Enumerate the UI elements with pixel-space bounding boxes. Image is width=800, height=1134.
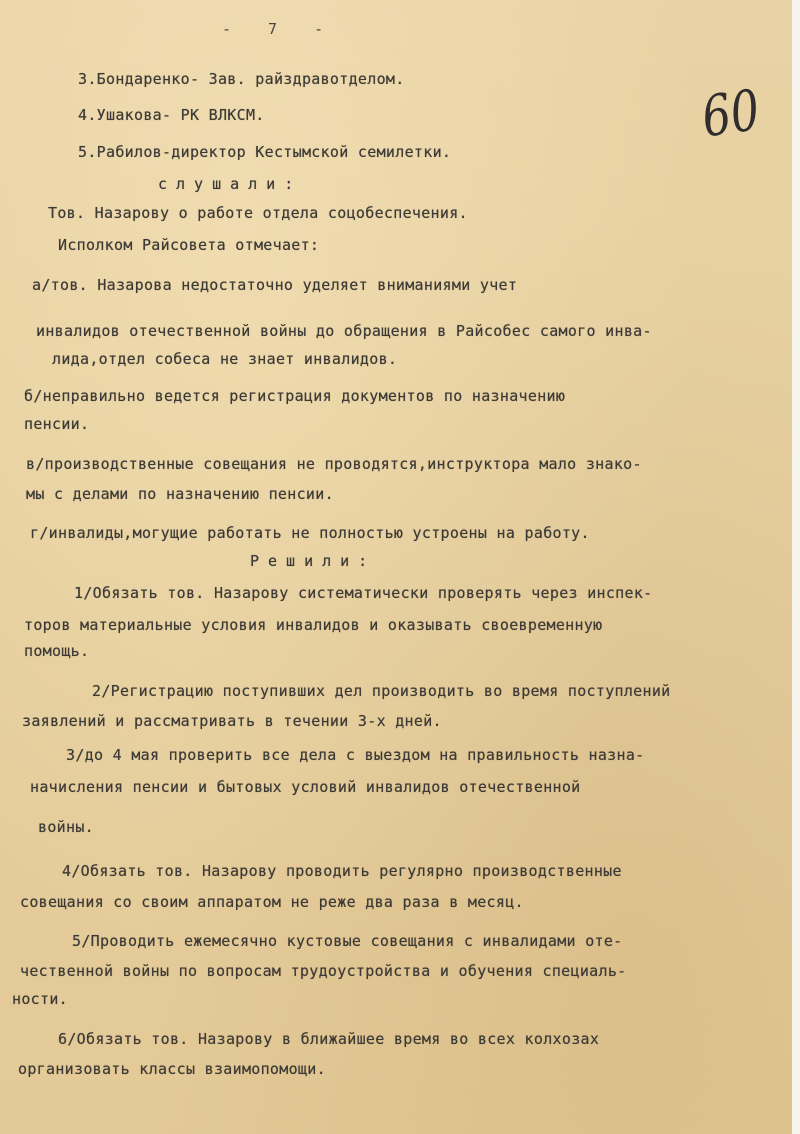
attendee-line: 3.Бондаренко- Зав. райздравотделом. [78, 70, 405, 88]
heard-text: Тов. Назарову о работе отдела соцобеспеч… [48, 204, 468, 222]
page-number: - 7 - [222, 20, 337, 38]
decision-line: чественной войны по вопросам трудоустрой… [20, 962, 627, 980]
finding-line: пенсии. [24, 415, 89, 433]
decided-heading: Решили: [250, 552, 376, 570]
decision-line: совещания со своим аппаратом не реже два… [20, 893, 524, 911]
decision-line: 1/Обязать тов. Назарову систематически п… [74, 584, 653, 602]
finding-line: в/производственные совещания не проводят… [26, 455, 642, 473]
decision-line: 6/Обязать тов. Назарову в ближайшее врем… [58, 1030, 599, 1048]
decision-line: организовать классы взаимопомощи. [18, 1060, 326, 1078]
finding-line: мы с делами по назначению пенсии. [26, 485, 334, 503]
finding-line: лида,отдел собеса не знает инвалидов. [52, 350, 397, 368]
attendee-line: 4.Ушакова- РК ВЛКСМ. [78, 106, 265, 124]
decision-line: войны. [38, 818, 94, 836]
decision-line: 5/Проводить ежемесячно кустовые совещани… [72, 932, 623, 950]
heard-heading: слушали: [158, 175, 302, 193]
decision-line: помощь. [24, 642, 89, 660]
finding-line: г/инвалиды,могущие работать не полностью… [30, 524, 590, 542]
document-page: - 7 - 60 3.Бондаренко- Зав. райздравотде… [0, 0, 792, 1134]
handwritten-folio-number: 60 [698, 78, 764, 150]
decision-line: 4/Обязать тов. Назарову проводить регуля… [62, 862, 622, 880]
notes-intro: Исполком Райсовета отмечает: [58, 236, 319, 254]
decision-line: заявлений и рассматривать в течении 3-х … [22, 712, 442, 730]
finding-line: инвалидов отечественной войны до обращен… [36, 322, 652, 340]
finding-line: б/неправильно ведется регистрация докуме… [24, 387, 565, 405]
decision-line: начисления пенсии и бытовых условий инва… [30, 778, 581, 796]
scan-margin [792, 0, 800, 1134]
decision-line: 2/Регистрацию поступивших дел производит… [92, 682, 671, 700]
decision-line: ности. [12, 990, 68, 1008]
attendee-line: 5.Рабилов-директор Кестымской семилетки. [78, 143, 451, 161]
decision-line: торов материальные условия инвалидов и о… [24, 616, 603, 634]
finding-line: а/тов. Назарова недостаточно уделяет вни… [32, 276, 517, 294]
decision-line: 3/до 4 мая проверить все дела с выездом … [66, 746, 645, 764]
